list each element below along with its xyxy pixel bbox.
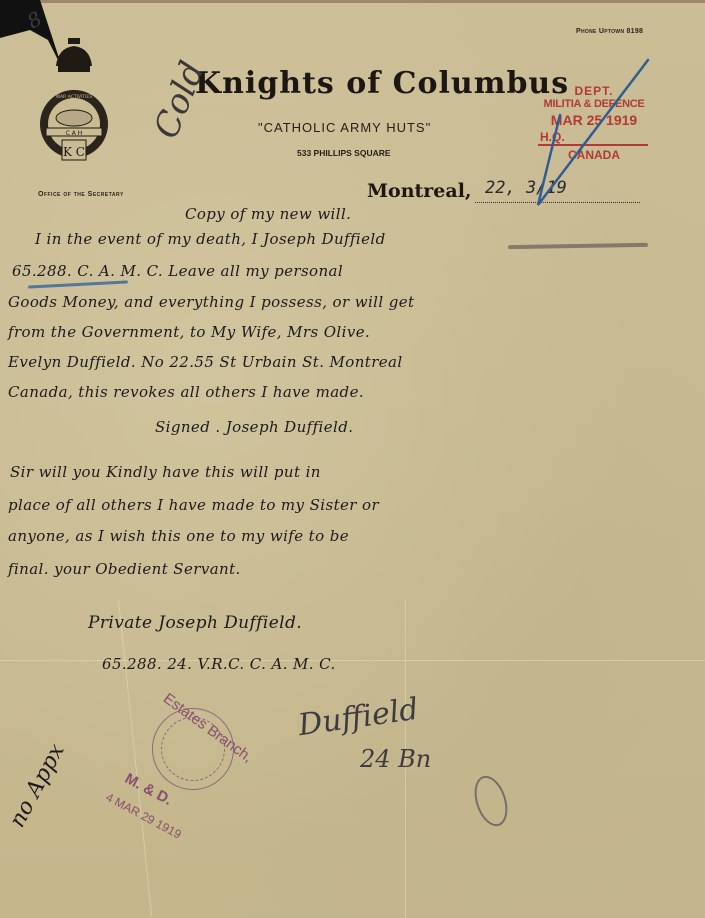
paper-top-edge xyxy=(0,0,705,3)
svg-text:C A H: C A H xyxy=(66,130,83,137)
letter-line: Canada, this revokes all others I have m… xyxy=(8,383,364,401)
letter-line: Sir will you Kindly have this will put i… xyxy=(10,463,321,481)
blue-checkmark-icon xyxy=(530,55,660,215)
letter-signed-line: Signed . Joseph Duffield. xyxy=(155,418,353,436)
organization-address: 533 PHILLIPS SQUARE xyxy=(297,148,391,158)
letter-line: 65.288. C. A. M. C. Leave all my persona… xyxy=(12,262,343,280)
circular-dial-stamp xyxy=(152,708,234,790)
letter-closing: final. your Obedient Servant. xyxy=(8,560,241,578)
letter-line: I in the event of my death, I Joseph Duf… xyxy=(35,230,386,248)
organization-title: Knights of Columbus xyxy=(195,66,569,101)
letter-line: Goods Money, and everything I possess, o… xyxy=(8,293,414,311)
organization-subtitle: "CATHOLIC ARMY HUTS" xyxy=(258,120,431,135)
office-label: Office of the Secretary xyxy=(38,191,124,198)
letter-line: anyone, as I wish this one to my wife to… xyxy=(8,527,349,545)
pencil-unit-note: 24 Bn xyxy=(360,745,431,773)
kofc-crest-icon: C A H K C WAR ACTIVITIES xyxy=(38,36,110,186)
letter-heading: Copy of my new will. xyxy=(185,205,351,223)
dateline-city: Montreal, xyxy=(367,180,472,202)
phone-number: Phone Uptown 8198 xyxy=(576,28,643,35)
letter-line: Evelyn Duffield. No 22.55 St Urbain St. … xyxy=(8,353,403,371)
letter-line: place of all others I have made to my Si… xyxy=(8,496,379,514)
svg-text:K C: K C xyxy=(63,145,85,159)
letter-line: from the Government, to My Wife, Mrs Oli… xyxy=(8,323,370,341)
service-number: 65.288. 24. V.R.C. C. A. M. C. xyxy=(102,655,336,673)
letter-signature: Private Joseph Duffield. xyxy=(88,613,302,633)
svg-text:WAR ACTIVITIES: WAR ACTIVITIES xyxy=(56,94,92,100)
